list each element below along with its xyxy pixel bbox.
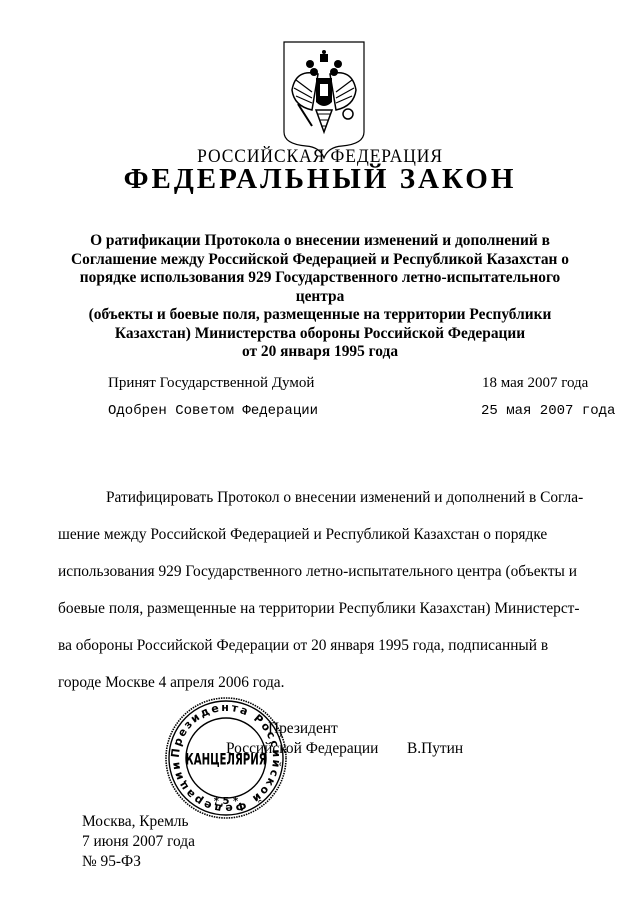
approved-by-council-date: 25 мая 2007 года bbox=[481, 403, 615, 419]
title-line: от 20 января 1995 года bbox=[60, 343, 580, 362]
body-line: шение между Российской Федерацией и Респ… bbox=[58, 516, 592, 553]
body-line: Ратифицировать Протокол о внесении измен… bbox=[58, 479, 592, 516]
title-line: Казахстан) Министерства обороны Российск… bbox=[60, 325, 580, 344]
body-line: ва обороны Российской Федерации от 20 ян… bbox=[58, 627, 592, 664]
body-line: использования 929 Государственного летно… bbox=[58, 553, 592, 590]
title-line: Соглашение между Российской Федерацией и… bbox=[60, 251, 580, 270]
body-line: городе Москве 4 апреля 2006 года. bbox=[58, 664, 592, 701]
law-number: № 95-ФЗ bbox=[82, 852, 195, 872]
official-seal-icon: Президента Российской Федерации * 5 * КА… bbox=[164, 696, 288, 820]
signatory-name: В.Путин bbox=[407, 739, 463, 759]
title-line: порядке использования 929 Государственно… bbox=[60, 269, 580, 306]
title-line: (объекты и боевые поля, размещенные на т… bbox=[60, 306, 580, 325]
adopted-by-duma-date: 18 мая 2007 года bbox=[482, 375, 588, 392]
svg-text:* 5 *: * 5 * bbox=[214, 796, 239, 807]
law-body: Ратифицировать Протокол о внесении измен… bbox=[58, 479, 592, 701]
title-line: О ратификации Протокола о внесении измен… bbox=[60, 232, 580, 251]
body-line: боевые поля, размещенные на территории Р… bbox=[58, 590, 592, 627]
signing-place-block: Москва, Кремль 7 июня 2007 года № 95-ФЗ bbox=[82, 812, 195, 872]
signing-place: Москва, Кремль bbox=[82, 812, 195, 832]
svg-text:КАНЦЕЛЯРИЯ: КАНЦЕЛЯРИЯ bbox=[185, 751, 266, 769]
law-title: О ратификации Протокола о внесении измен… bbox=[60, 232, 580, 362]
law-type-heading: ФЕДЕРАЛЬНЫЙ ЗАКОН bbox=[0, 163, 640, 196]
approved-by-council-label: Одобрен Советом Федерации bbox=[108, 403, 318, 419]
adopted-by-duma-label: Принят Государственной Думой bbox=[108, 375, 314, 392]
signing-date: 7 июня 2007 года bbox=[82, 832, 195, 852]
coat-of-arms-icon bbox=[282, 40, 366, 160]
